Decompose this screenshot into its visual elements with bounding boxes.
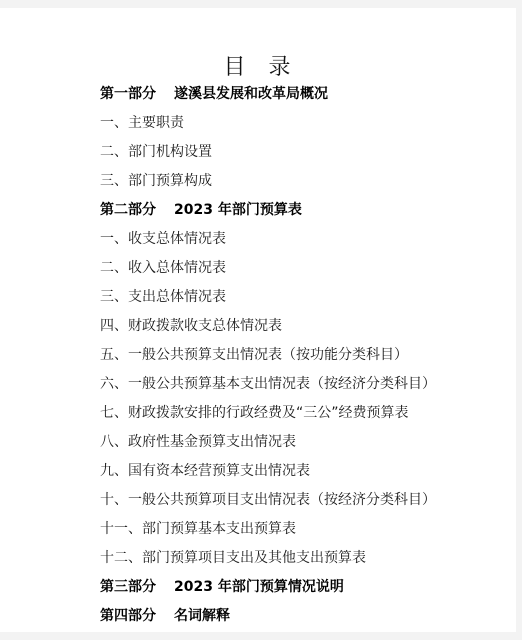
toc-text: 政府性基金预算支出情况表 [128,434,296,450]
toc-text: 收支总体情况表 [128,231,226,247]
toc-number: 一、 [100,231,128,247]
toc-part-1[interactable]: 第一部分遂溪县发展和改革局概况 [100,80,436,109]
toc-text: 名词解释 [174,608,230,624]
toc-number: 五、 [100,347,128,363]
toc-item[interactable]: 九、国有资本经营预算支出情况表 [100,457,436,486]
toc-text: 财政拨款安排的行政经费及“三公”经费预算表 [128,405,409,421]
toc-part-3[interactable]: 第三部分2023 年部门预算情况说明 [100,573,436,602]
toc-number: 十一、 [100,521,142,537]
toc-text: 2023 年部门预算表 [174,202,302,218]
toc-text: 遂溪县发展和改革局概况 [174,86,328,102]
toc-item[interactable]: 八、政府性基金预算支出情况表 [100,428,436,457]
toc-item[interactable]: 三、支出总体情况表 [100,283,436,312]
toc-number: 第三部分 [100,573,156,602]
toc-item[interactable]: 一、收支总体情况表 [100,225,436,254]
toc-item[interactable]: 四、财政拨款收支总体情况表 [100,312,436,341]
toc-text: 收入总体情况表 [128,260,226,276]
toc-text: 主要职责 [128,115,184,131]
toc-text: 部门预算基本支出预算表 [142,521,296,537]
toc-item[interactable]: 一、主要职责 [100,109,436,138]
toc-part-2[interactable]: 第二部分2023 年部门预算表 [100,196,436,225]
toc-item[interactable]: 七、财政拨款安排的行政经费及“三公”经费预算表 [100,399,436,428]
toc-item[interactable]: 十二、部门预算项目支出及其他支出预算表 [100,544,436,573]
toc-number: 第四部分 [100,602,156,631]
toc-number: 七、 [100,405,128,421]
toc-number: 十、 [100,492,128,508]
toc-item[interactable]: 十一、部门预算基本支出预算表 [100,515,436,544]
toc-number: 六、 [100,376,128,392]
toc-text: 支出总体情况表 [128,289,226,305]
toc-item[interactable]: 三、部门预算构成 [100,167,436,196]
toc-text: 部门机构设置 [128,144,212,160]
toc-number: 第二部分 [100,196,156,225]
toc-number: 四、 [100,318,128,334]
toc-number: 九、 [100,463,128,479]
toc-number: 三、 [100,173,128,189]
toc-item[interactable]: 六、一般公共预算基本支出情况表（按经济分类科目） [100,370,436,399]
toc-item[interactable]: 二、部门机构设置 [100,138,436,167]
toc-text: 部门预算构成 [128,173,212,189]
page-title: 目 录 [0,50,522,81]
toc-text: 一般公共预算基本支出情况表（按经济分类科目） [128,376,436,392]
toc-text: 2023 年部门预算情况说明 [174,579,344,595]
toc-number: 十二、 [100,550,142,566]
table-of-contents: 第一部分遂溪县发展和改革局概况 一、主要职责 二、部门机构设置 三、部门预算构成… [100,80,436,631]
toc-text: 一般公共预算项目支出情况表（按经济分类科目） [128,492,436,508]
toc-item[interactable]: 十、一般公共预算项目支出情况表（按经济分类科目） [100,486,436,515]
toc-number: 二、 [100,144,128,160]
toc-number: 八、 [100,434,128,450]
toc-number: 一、 [100,115,128,131]
toc-text: 部门预算项目支出及其他支出预算表 [142,550,366,566]
toc-item[interactable]: 二、收入总体情况表 [100,254,436,283]
toc-number: 二、 [100,260,128,276]
toc-text: 一般公共预算支出情况表（按功能分类科目） [128,347,408,363]
toc-part-4[interactable]: 第四部分名词解释 [100,602,436,631]
toc-text: 国有资本经营预算支出情况表 [128,463,310,479]
toc-number: 第一部分 [100,80,156,109]
toc-item[interactable]: 五、一般公共预算支出情况表（按功能分类科目） [100,341,436,370]
toc-text: 财政拨款收支总体情况表 [128,318,282,334]
toc-number: 三、 [100,289,128,305]
